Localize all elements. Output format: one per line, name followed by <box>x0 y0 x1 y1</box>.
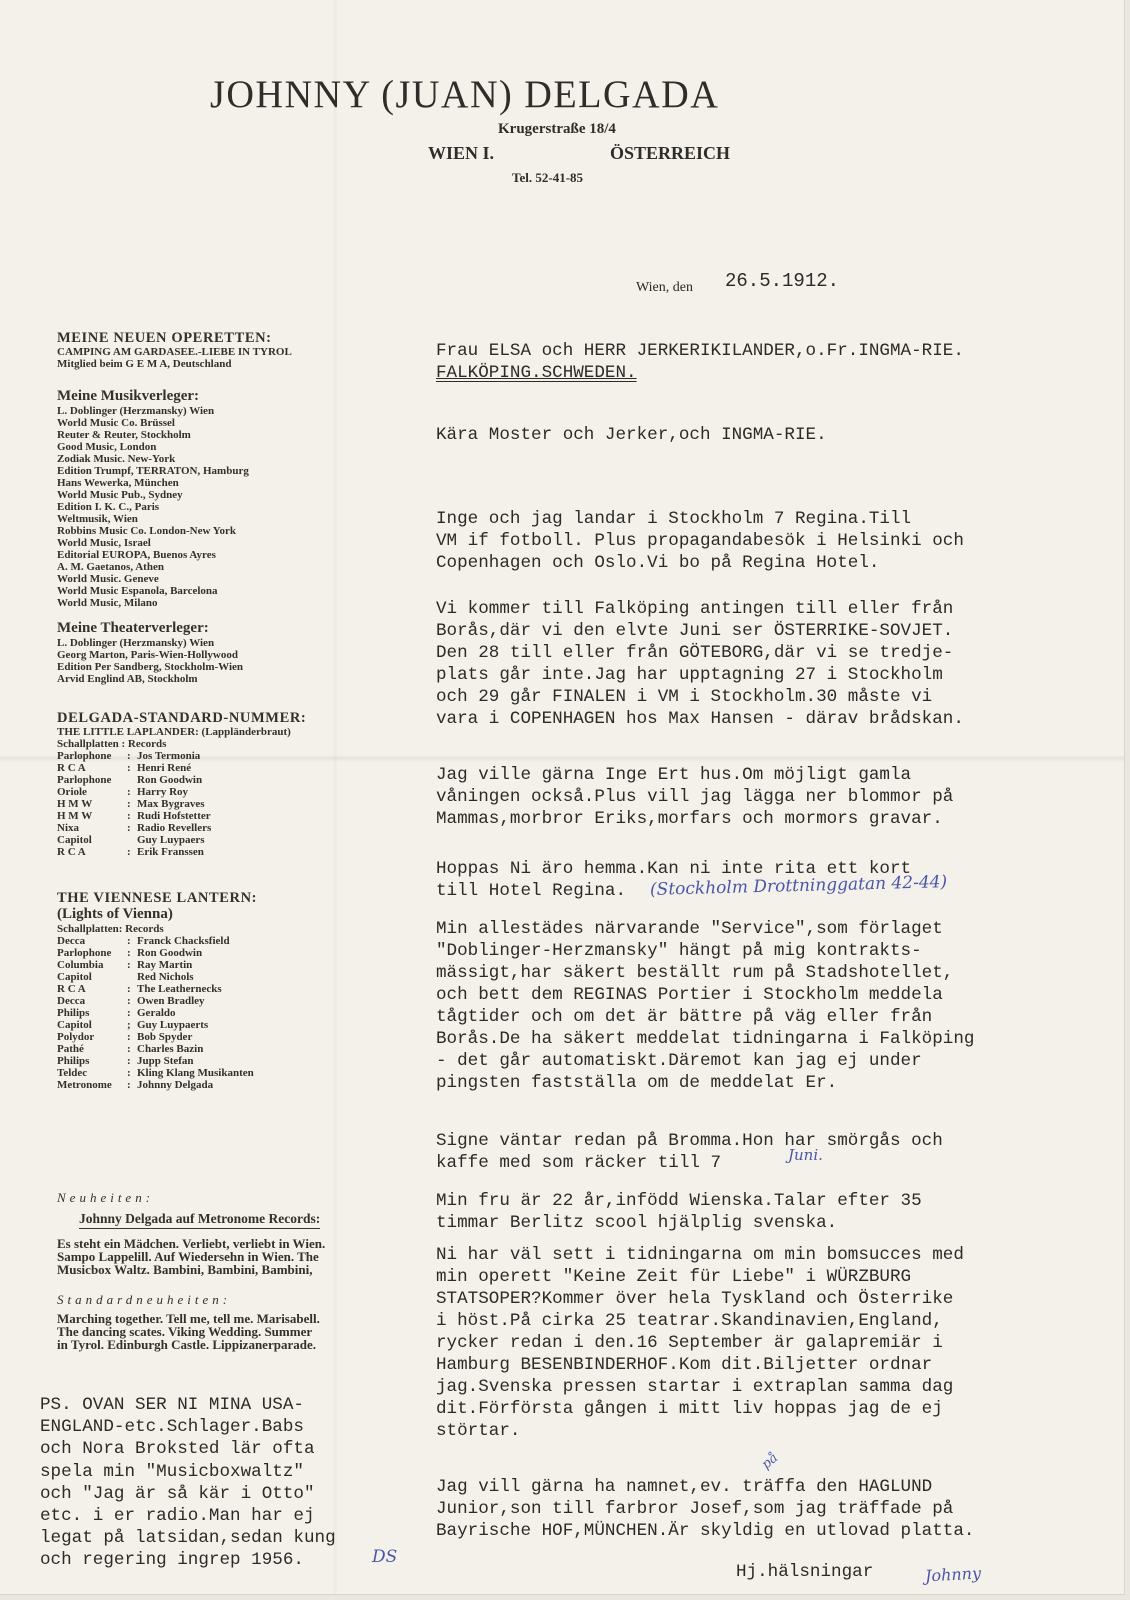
artist: Johnny Delgada <box>137 1079 213 1091</box>
theaterverleger-section: Meine Theaterverleger: L. Doblinger (Her… <box>57 620 437 685</box>
list-item: World Music Espanola, Barcelona <box>57 585 437 597</box>
separator: : <box>127 1067 137 1079</box>
list-item: Edition Per Sandberg, Stockholm-Wien <box>57 661 437 673</box>
artist: Ray Martin <box>137 959 192 971</box>
record-row: H M W:Max Bygraves <box>57 798 437 810</box>
record-row: Teldec:Kling Klang Musikanten <box>57 1067 437 1079</box>
record-row: Philips:Jupp Stefan <box>57 1055 437 1067</box>
record-row: R C A:Erik Franssen <box>57 846 437 858</box>
record-row: Polydor:Bob Spyder <box>57 1031 437 1043</box>
artist: Jupp Stefan <box>137 1055 194 1067</box>
separator: : <box>127 983 137 995</box>
label: R C A <box>57 983 127 995</box>
standard-section: DELGADA-STANDARD-NUMMER: THE LITTLE LAPL… <box>57 710 437 858</box>
label: R C A <box>57 846 127 858</box>
label: H M W <box>57 810 127 822</box>
artist: Charles Bazin <box>137 1043 203 1055</box>
label: Capitol <box>57 971 127 983</box>
record-row: R C A:Henri René <box>57 762 437 774</box>
list-item: Robbins Music Co. London-New York <box>57 525 437 537</box>
artist: Radio Revellers <box>137 822 211 834</box>
record-row: Parlophone:Jos Termonia <box>57 750 437 762</box>
record-row: ParlophoneRon Goodwin <box>57 774 437 786</box>
letterhead-phone: Tel. 52-41-85 <box>512 170 583 186</box>
separator <box>127 834 137 846</box>
letter-page: JOHNNY (JUAN) DELGADA Krugerstraße 18/4 … <box>0 0 1125 1595</box>
records-label: Schallplatten : Records <box>57 738 437 750</box>
label: Decca <box>57 935 127 947</box>
letterhead-street: Krugerstraße 18/4 <box>498 121 616 138</box>
label: Nixa <box>57 822 127 834</box>
paragraph: Signe väntar redan på Bromma.Hon har smö… <box>436 1130 943 1174</box>
lantern-section: THE VIENNESE LANTERN: (Lights of Vienna)… <box>57 890 437 1091</box>
artist: Harry Roy <box>137 786 188 798</box>
record-row: R C A:The Leathernecks <box>57 983 437 995</box>
paragraph: Min allestädes närvarande "Service",som … <box>436 918 974 1094</box>
list-item: Weltmusik, Wien <box>57 513 437 525</box>
list-item: World Music, Milano <box>57 597 437 609</box>
postscript: PS. OVAN SER NI MINA USA- ENGLAND-etc.Sc… <box>40 1394 336 1572</box>
standard-subtitle: THE LITTLE LAPLANDER: (Lappländerbraut) <box>57 726 437 738</box>
separator: : <box>127 959 137 971</box>
record-row: Capitol;Guy Luypaerts <box>57 1019 437 1031</box>
letterhead-name: JOHNNY (JUAN) DELGADA <box>210 72 916 117</box>
artist: Owen Bradley <box>137 995 205 1007</box>
label: Pathé <box>57 1043 127 1055</box>
paragraph: Jag vill gärna ha namnet,ev. träffa den … <box>436 1476 974 1542</box>
list-item: Arvid Englind AB, Stockholm <box>57 673 437 685</box>
label: Columbia <box>57 959 127 971</box>
artist: Kling Klang Musikanten <box>137 1067 254 1079</box>
label: Metronome <box>57 1079 127 1091</box>
artist: Jos Termonia <box>137 750 200 762</box>
list-item: Edition I. K. C., Paris <box>57 501 437 513</box>
salutation: Kära Moster och Jerker,och INGMA-RIE. <box>436 424 827 446</box>
separator: : <box>127 1031 137 1043</box>
lantern-heading: THE VIENNESE LANTERN: <box>57 890 437 906</box>
metronome-heading: Johnny Delgada auf Metronome Records: <box>79 1211 320 1229</box>
standardneuheiten-section: Standardneuheiten: Marching together. Te… <box>57 1292 437 1351</box>
separator: : <box>127 798 137 810</box>
label: Teldec <box>57 1067 127 1079</box>
label: Oriole <box>57 786 127 798</box>
artist: Ron Goodwin <box>137 774 202 786</box>
label: H M W <box>57 798 127 810</box>
label: Capitol <box>57 834 127 846</box>
separator: : <box>127 786 137 798</box>
record-row: Parlophone:Ron Goodwin <box>57 947 437 959</box>
separator <box>127 774 137 786</box>
artist: Guy Luypaerts <box>137 1019 208 1031</box>
handwritten-juni-note: Juni. <box>788 1146 823 1164</box>
record-row: Nixa:Radio Revellers <box>57 822 437 834</box>
list-item: Editorial EUROPA, Buenos Ayres <box>57 549 437 561</box>
closing: Hj.hälsningar <box>736 1562 873 1582</box>
artist: Red Nichols <box>137 971 194 983</box>
recipient-address: FALKÖPING.SCHWEDEN. <box>436 362 637 384</box>
paragraph: Jag ville gärna Inge Ert hus.Om möjligt … <box>436 764 953 830</box>
artist: Geraldo <box>137 1007 176 1019</box>
standardneuheiten-line: in Tyrol. Edinburgh Castle. Lippizanerpa… <box>57 1338 437 1351</box>
separator: : <box>127 822 137 834</box>
artist: Erik Franssen <box>137 846 204 858</box>
neuheiten-heading: Neuheiten: <box>57 1190 437 1206</box>
separator: : <box>127 810 137 822</box>
artist: Bob Spyder <box>137 1031 192 1043</box>
label: Parlophone <box>57 947 127 959</box>
list-item: World Music Pub., Sydney <box>57 489 437 501</box>
record-row: Metronome:Johnny Delgada <box>57 1079 437 1091</box>
date-label: Wien, den <box>636 280 693 296</box>
label: Philips <box>57 1007 127 1019</box>
record-row: Decca:Owen Bradley <box>57 995 437 1007</box>
record-row: Philips:Geraldo <box>57 1007 437 1019</box>
separator: : <box>127 750 137 762</box>
label: Philips <box>57 1055 127 1067</box>
artist: Rudi Hofstetter <box>137 810 211 822</box>
neuheiten-line: Musicbox Waltz. Bambini, Bambini, Bambin… <box>57 1263 437 1276</box>
record-row: CapitolRed Nichols <box>57 971 437 983</box>
list-item: Georg Marton, Paris-Wien-Hollywood <box>57 649 437 661</box>
list-item: World Music Co. Brüssel <box>57 417 437 429</box>
record-row: Pathé:Charles Bazin <box>57 1043 437 1055</box>
label: Capitol <box>57 1019 127 1031</box>
operetten-heading: MEINE NEUEN OPERETTEN: <box>57 330 437 346</box>
paragraph: Ni har väl sett i tidningarna om min bom… <box>436 1244 964 1442</box>
separator <box>127 971 137 983</box>
musikverleger-heading: Meine Musikverleger: <box>57 388 437 405</box>
separator: : <box>127 1055 137 1067</box>
list-item: Good Music, London <box>57 441 437 453</box>
list-item: Hans Wewerka, München <box>57 477 437 489</box>
operetten-section: MEINE NEUEN OPERETTEN: CAMPING AM GARDAS… <box>57 330 437 370</box>
operetten-line: Mitglied beim G E M A, Deutschland <box>57 358 437 370</box>
label: Parlophone <box>57 750 127 762</box>
separator: ; <box>127 1019 137 1031</box>
list-item: L. Doblinger (Herzmansky) Wien <box>57 405 437 417</box>
standard-heading: DELGADA-STANDARD-NUMMER: <box>57 710 437 726</box>
separator: : <box>127 1043 137 1055</box>
list-item: Edition Trumpf, TERRATON, Hamburg <box>57 465 437 477</box>
date-value: 26.5.1912. <box>725 270 839 292</box>
record-row: Decca:Franck Chacksfield <box>57 935 437 947</box>
records-label: Schallplatten: Records <box>57 923 437 935</box>
paragraph: Min fru är 22 år,infödd Wienska.Talar ef… <box>436 1190 922 1234</box>
operetten-line: CAMPING AM GARDASEE.-LIEBE IN TYROL <box>57 346 437 358</box>
label: Decca <box>57 995 127 1007</box>
record-row: Oriole:Harry Roy <box>57 786 437 798</box>
list-item: A. M. Gaetanos, Athen <box>57 561 437 573</box>
record-row: H M W:Rudi Hofstetter <box>57 810 437 822</box>
list-item: World Music, Israel <box>57 537 437 549</box>
neuheiten-section: Neuheiten: Johnny Delgada auf Metronome … <box>57 1190 437 1276</box>
artist: Ron Goodwin <box>137 947 202 959</box>
theaterverleger-heading: Meine Theaterverleger: <box>57 620 437 637</box>
signature: Johnny <box>925 1564 982 1586</box>
artist: Franck Chacksfield <box>137 935 230 947</box>
separator: : <box>127 1079 137 1091</box>
separator: : <box>127 935 137 947</box>
handwritten-pa-note: på <box>759 1451 781 1473</box>
separator: : <box>127 995 137 1007</box>
handwritten-ds-note: DS <box>372 1547 397 1567</box>
standardneuheiten-heading: Standardneuheiten: <box>57 1292 437 1308</box>
separator: : <box>127 762 137 774</box>
separator: : <box>127 947 137 959</box>
recipient-line: Frau ELSA och HERR JERKERIKILANDER,o.Fr.… <box>436 340 964 362</box>
record-row: CapitolGuy Luypaers <box>57 834 437 846</box>
separator: : <box>127 846 137 858</box>
artist: The Leathernecks <box>137 983 222 995</box>
record-row: Columbia:Ray Martin <box>57 959 437 971</box>
artist: Max Bygraves <box>137 798 205 810</box>
lantern-subtitle: (Lights of Vienna) <box>57 906 437 923</box>
letterhead-country: ÖSTERREICH <box>610 143 730 164</box>
paragraph: Inge och jag landar i Stockholm 7 Regina… <box>436 508 964 574</box>
letterhead-city: WIEN I. <box>428 143 494 164</box>
label: Parlophone <box>57 774 127 786</box>
artist: Guy Luypaers <box>137 834 205 846</box>
list-item: Zodiak Music. New-York <box>57 453 437 465</box>
label: R C A <box>57 762 127 774</box>
list-item: World Music. Geneve <box>57 573 437 585</box>
musikverleger-section: Meine Musikverleger: L. Doblinger (Herzm… <box>57 388 437 609</box>
label: Polydor <box>57 1031 127 1043</box>
paragraph: Vi kommer till Falköping antingen till e… <box>436 598 964 730</box>
list-item: Reuter & Reuter, Stockholm <box>57 429 437 441</box>
separator: : <box>127 1007 137 1019</box>
artist: Henri René <box>137 762 191 774</box>
list-item: L. Doblinger (Herzmansky) Wien <box>57 637 437 649</box>
